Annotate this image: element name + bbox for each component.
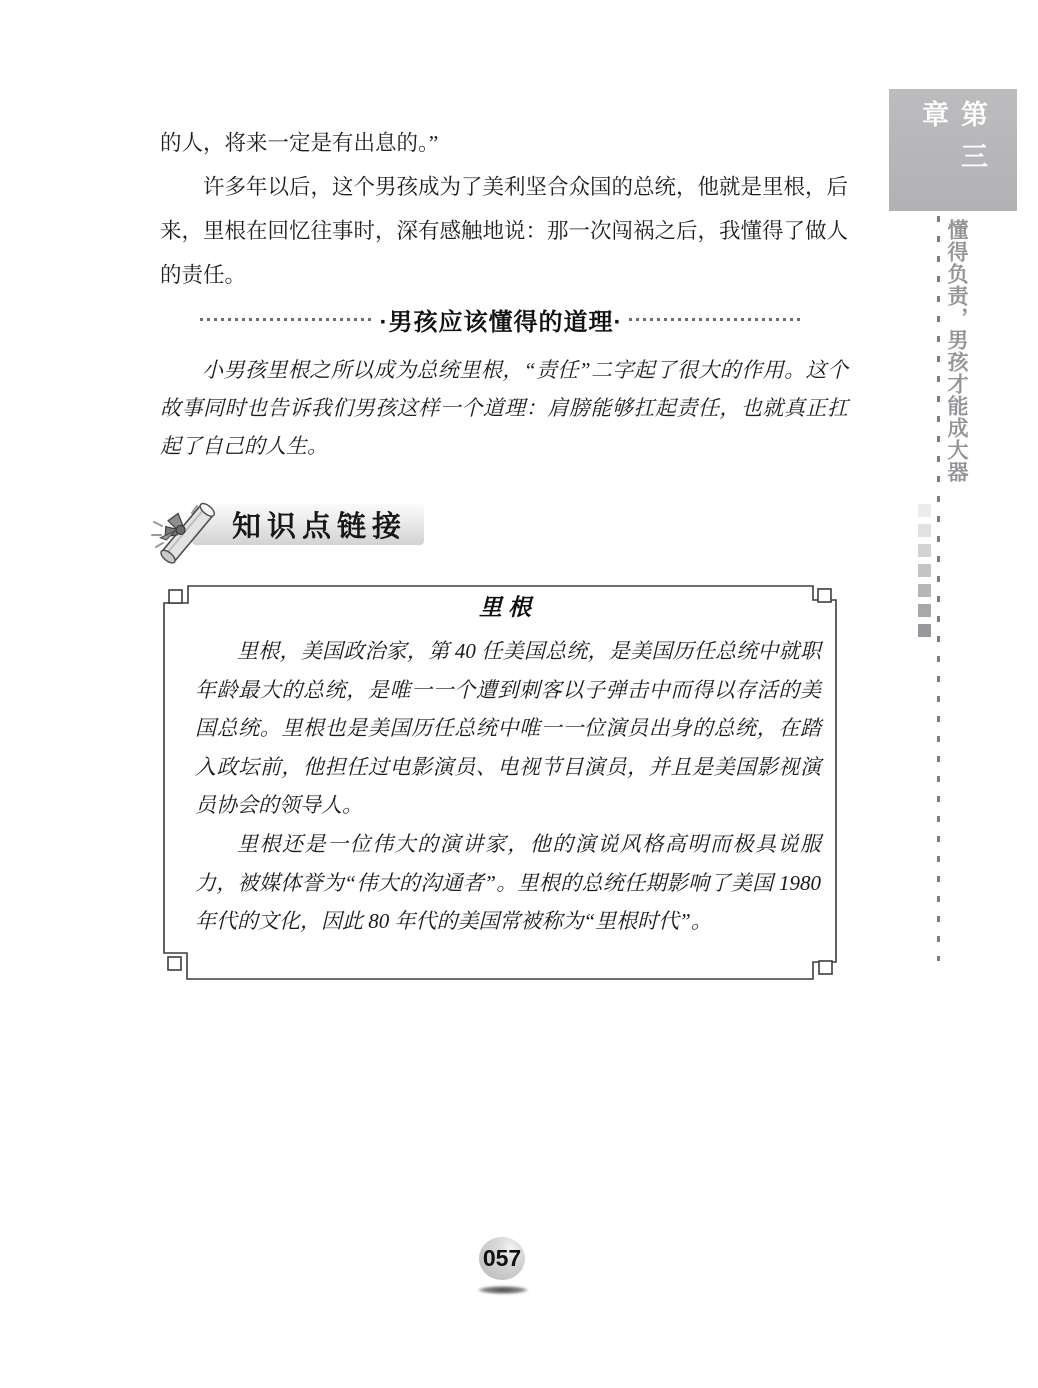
gradient-square bbox=[918, 624, 931, 637]
chapter-tab: 第三章 bbox=[889, 89, 1017, 211]
book-page: 的人，将来一定是有出息的。” 许多年以后，这个男孩成为了美利坚合众国的总统，他就… bbox=[0, 0, 1038, 1388]
dotted-line-left-icon bbox=[200, 318, 374, 321]
gradient-square bbox=[918, 544, 931, 557]
badge-banner: 知识点链接 bbox=[192, 504, 424, 545]
section-header: ·男孩应该懂得的道理· bbox=[200, 303, 802, 335]
badge-label: 知识点链接 bbox=[232, 504, 407, 545]
chapter-label: 第三章 bbox=[914, 89, 992, 211]
chapter-subtitle: 懂得负责，男孩才能成大器 bbox=[944, 219, 968, 494]
paragraph-moral: 小男孩里根之所以成为总统里根，“责任”二字起了很大的作用。这个故事同时也告诉我们… bbox=[160, 351, 848, 465]
gradient-square bbox=[918, 524, 931, 537]
gradient-square bbox=[918, 604, 931, 617]
gradient-square bbox=[918, 504, 931, 517]
box-content: 里根 里根，美国政治家，第 40 任美国总统，是美国历任总统中就职年龄最大的总统… bbox=[195, 593, 821, 941]
box-title: 里根 bbox=[195, 593, 821, 623]
scroll-icon bbox=[148, 492, 226, 572]
decorative-gradient-squares bbox=[918, 504, 931, 644]
box-paragraph-2: 里根还是一位伟大的演讲家，他的演说风格高明而极具说服力，被媒体誉为“伟大的沟通者… bbox=[195, 825, 821, 941]
section-header-label: ·男孩应该懂得的道理· bbox=[380, 302, 623, 337]
knowledge-link-badge: 知识点链接 bbox=[148, 492, 438, 572]
box-paragraph-1: 里根，美国政治家，第 40 任美国总统，是美国历任总统中就职年龄最大的总统，是唯… bbox=[195, 632, 821, 825]
gradient-square bbox=[918, 584, 931, 597]
page-number-badge: 057 bbox=[479, 1237, 525, 1280]
chapter-dashed-line-icon bbox=[937, 216, 940, 961]
reagan-info-box: 里根 里根，美国政治家，第 40 任美国总统，是美国历任总统中就职年龄最大的总统… bbox=[163, 585, 837, 981]
paragraph-story: 许多年以后，这个男孩成为了美利坚合众国的总统，他就是里根，后来，里根在回忆往事时… bbox=[160, 165, 848, 297]
main-text-column: 的人，将来一定是有出息的。” 许多年以后，这个男孩成为了美利坚合众国的总统，他就… bbox=[160, 121, 848, 297]
paragraph-open: 的人，将来一定是有出息的。” bbox=[160, 121, 848, 165]
gradient-square bbox=[918, 564, 931, 577]
page-number-shadow-icon bbox=[478, 1286, 528, 1294]
dotted-line-right-icon bbox=[629, 318, 803, 321]
page-number: 057 bbox=[483, 1245, 521, 1272]
